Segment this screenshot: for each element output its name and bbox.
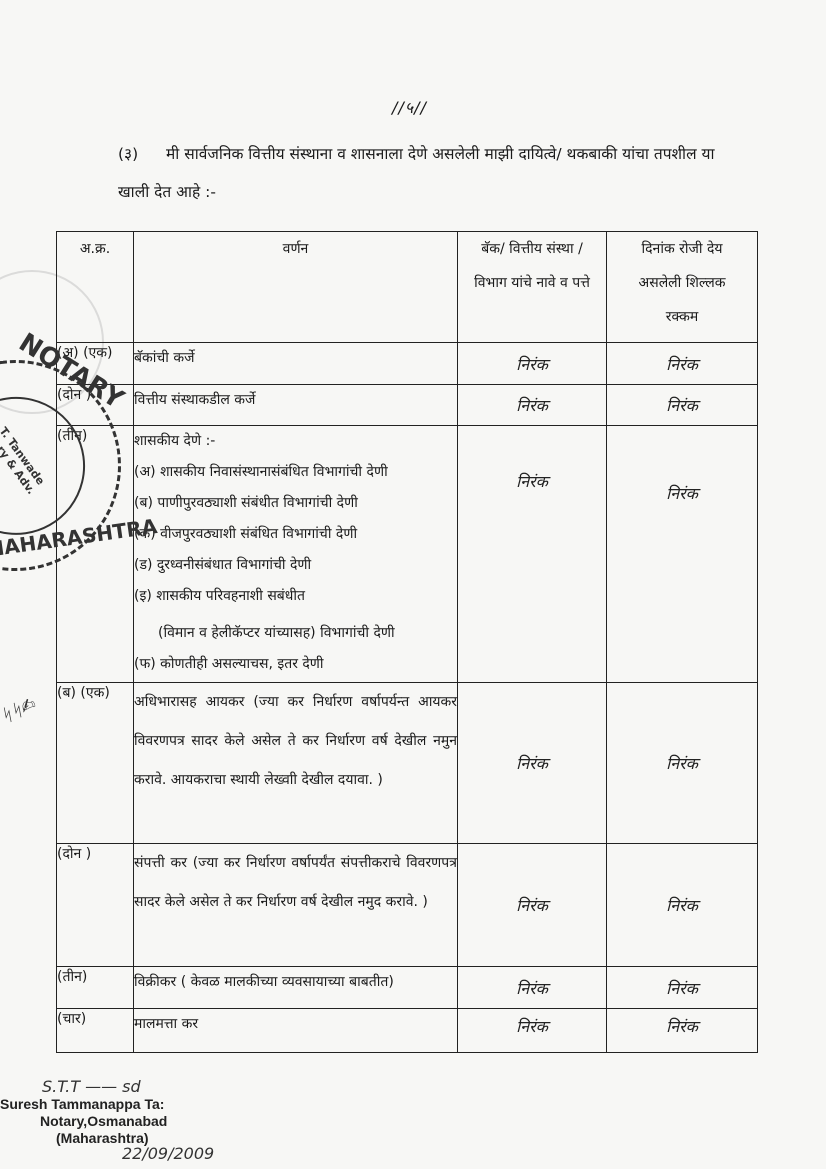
row-description: बॅकांची कर्जे (134, 343, 458, 385)
header-amount: दिनांक रोजी देय असलेली शिल्लक रक्कम (607, 232, 758, 343)
signature-date: 22/09/2009 (122, 1144, 214, 1163)
table-row: (दोन ) वित्तीय संस्थाकडील कर्जे निरंक नि… (57, 385, 758, 426)
table-row: (अ) (एक) बॅकांची कर्जे निरंक निरंक (57, 343, 758, 385)
table-row: (तीन) शासकीय देणे :- (अ) शासकीय निवासंस्… (57, 426, 758, 683)
row-institution-handwritten: निरंक (458, 967, 607, 1009)
row-serial: (तीन) (57, 426, 134, 683)
side-signature: ᛋᛋ✍ (0, 693, 39, 728)
row-amount-handwritten: निरंक (607, 426, 758, 683)
header-serial: अ.क्र. (57, 232, 134, 343)
row-institution-handwritten: निरंक (458, 426, 607, 683)
row-amount-handwritten: निरंक (607, 385, 758, 426)
table-row: (ब) (एक) अधिभारासह आयकर (ज्या कर निर्धार… (57, 683, 758, 844)
row-serial: (ब) (एक) (57, 683, 134, 844)
row-description: वित्तीय संस्थाकडील कर्जे (134, 385, 458, 426)
notary-name-stamp: Suresh Tammanappa Ta: Notary,Osmanabad (… (0, 1096, 167, 1147)
row-description: अधिभारासह आयकर (ज्या कर निर्धारण वर्षापर… (134, 683, 458, 844)
row-amount-handwritten: निरंक (607, 844, 758, 967)
row-description: मालमत्ता कर (134, 1009, 458, 1053)
row-description: शासकीय देणे :- (अ) शासकीय निवासंस्थानासं… (134, 426, 458, 683)
row-amount-handwritten: निरंक (607, 967, 758, 1009)
intro-paragraph: (३)मी सार्वजनिक वित्तीय संस्थाना व शासना… (118, 135, 738, 211)
row-serial: (अ) (एक) (57, 343, 134, 385)
table-row: (तीन) विक्रीकर ( केवळ मालकीच्या व्यवसाया… (57, 967, 758, 1009)
row-institution-handwritten: निरंक (458, 683, 607, 844)
row-institution-handwritten: निरंक (458, 343, 607, 385)
row-institution-handwritten: निरंक (458, 1009, 607, 1053)
section-number: (३) (118, 135, 166, 173)
row-amount-handwritten: निरंक (607, 683, 758, 844)
row-amount-handwritten: निरंक (607, 343, 758, 385)
table-row: (दोन ) संपत्ती कर (ज्या कर निर्धारण वर्ष… (57, 844, 758, 967)
row-serial: (दोन ) (57, 844, 134, 967)
liabilities-table: अ.क्र. वर्णन बॅक/ वित्तीय संस्था / विभाग… (56, 231, 758, 1053)
table-header-row: अ.क्र. वर्णन बॅक/ वित्तीय संस्था / विभाग… (57, 232, 758, 343)
page-number: //५// (392, 96, 427, 118)
table-row: (चार) मालमत्ता कर निरंक निरंक (57, 1009, 758, 1053)
row-institution-handwritten: निरंक (458, 385, 607, 426)
row-amount-handwritten: निरंक (607, 1009, 758, 1053)
footer-signature: S.T.T —— sd (42, 1077, 141, 1096)
header-institution: बॅक/ वित्तीय संस्था / विभाग यांचे नावे व… (458, 232, 607, 343)
row-serial: (दोन ) (57, 385, 134, 426)
row-serial: (चार) (57, 1009, 134, 1053)
header-description: वर्णन (134, 232, 458, 343)
intro-text: मी सार्वजनिक वित्तीय संस्थाना व शासनाला … (118, 145, 715, 201)
row-institution-handwritten: निरंक (458, 844, 607, 967)
row-description: संपत्ती कर (ज्या कर निर्धारण वर्षापर्यंत… (134, 844, 458, 967)
row-serial: (तीन) (57, 967, 134, 1009)
notary-seal-name: S. T. TanwadeNotary & Adv. (0, 412, 48, 497)
row-description: विक्रीकर ( केवळ मालकीच्या व्यवसायाच्या ब… (134, 967, 458, 1009)
